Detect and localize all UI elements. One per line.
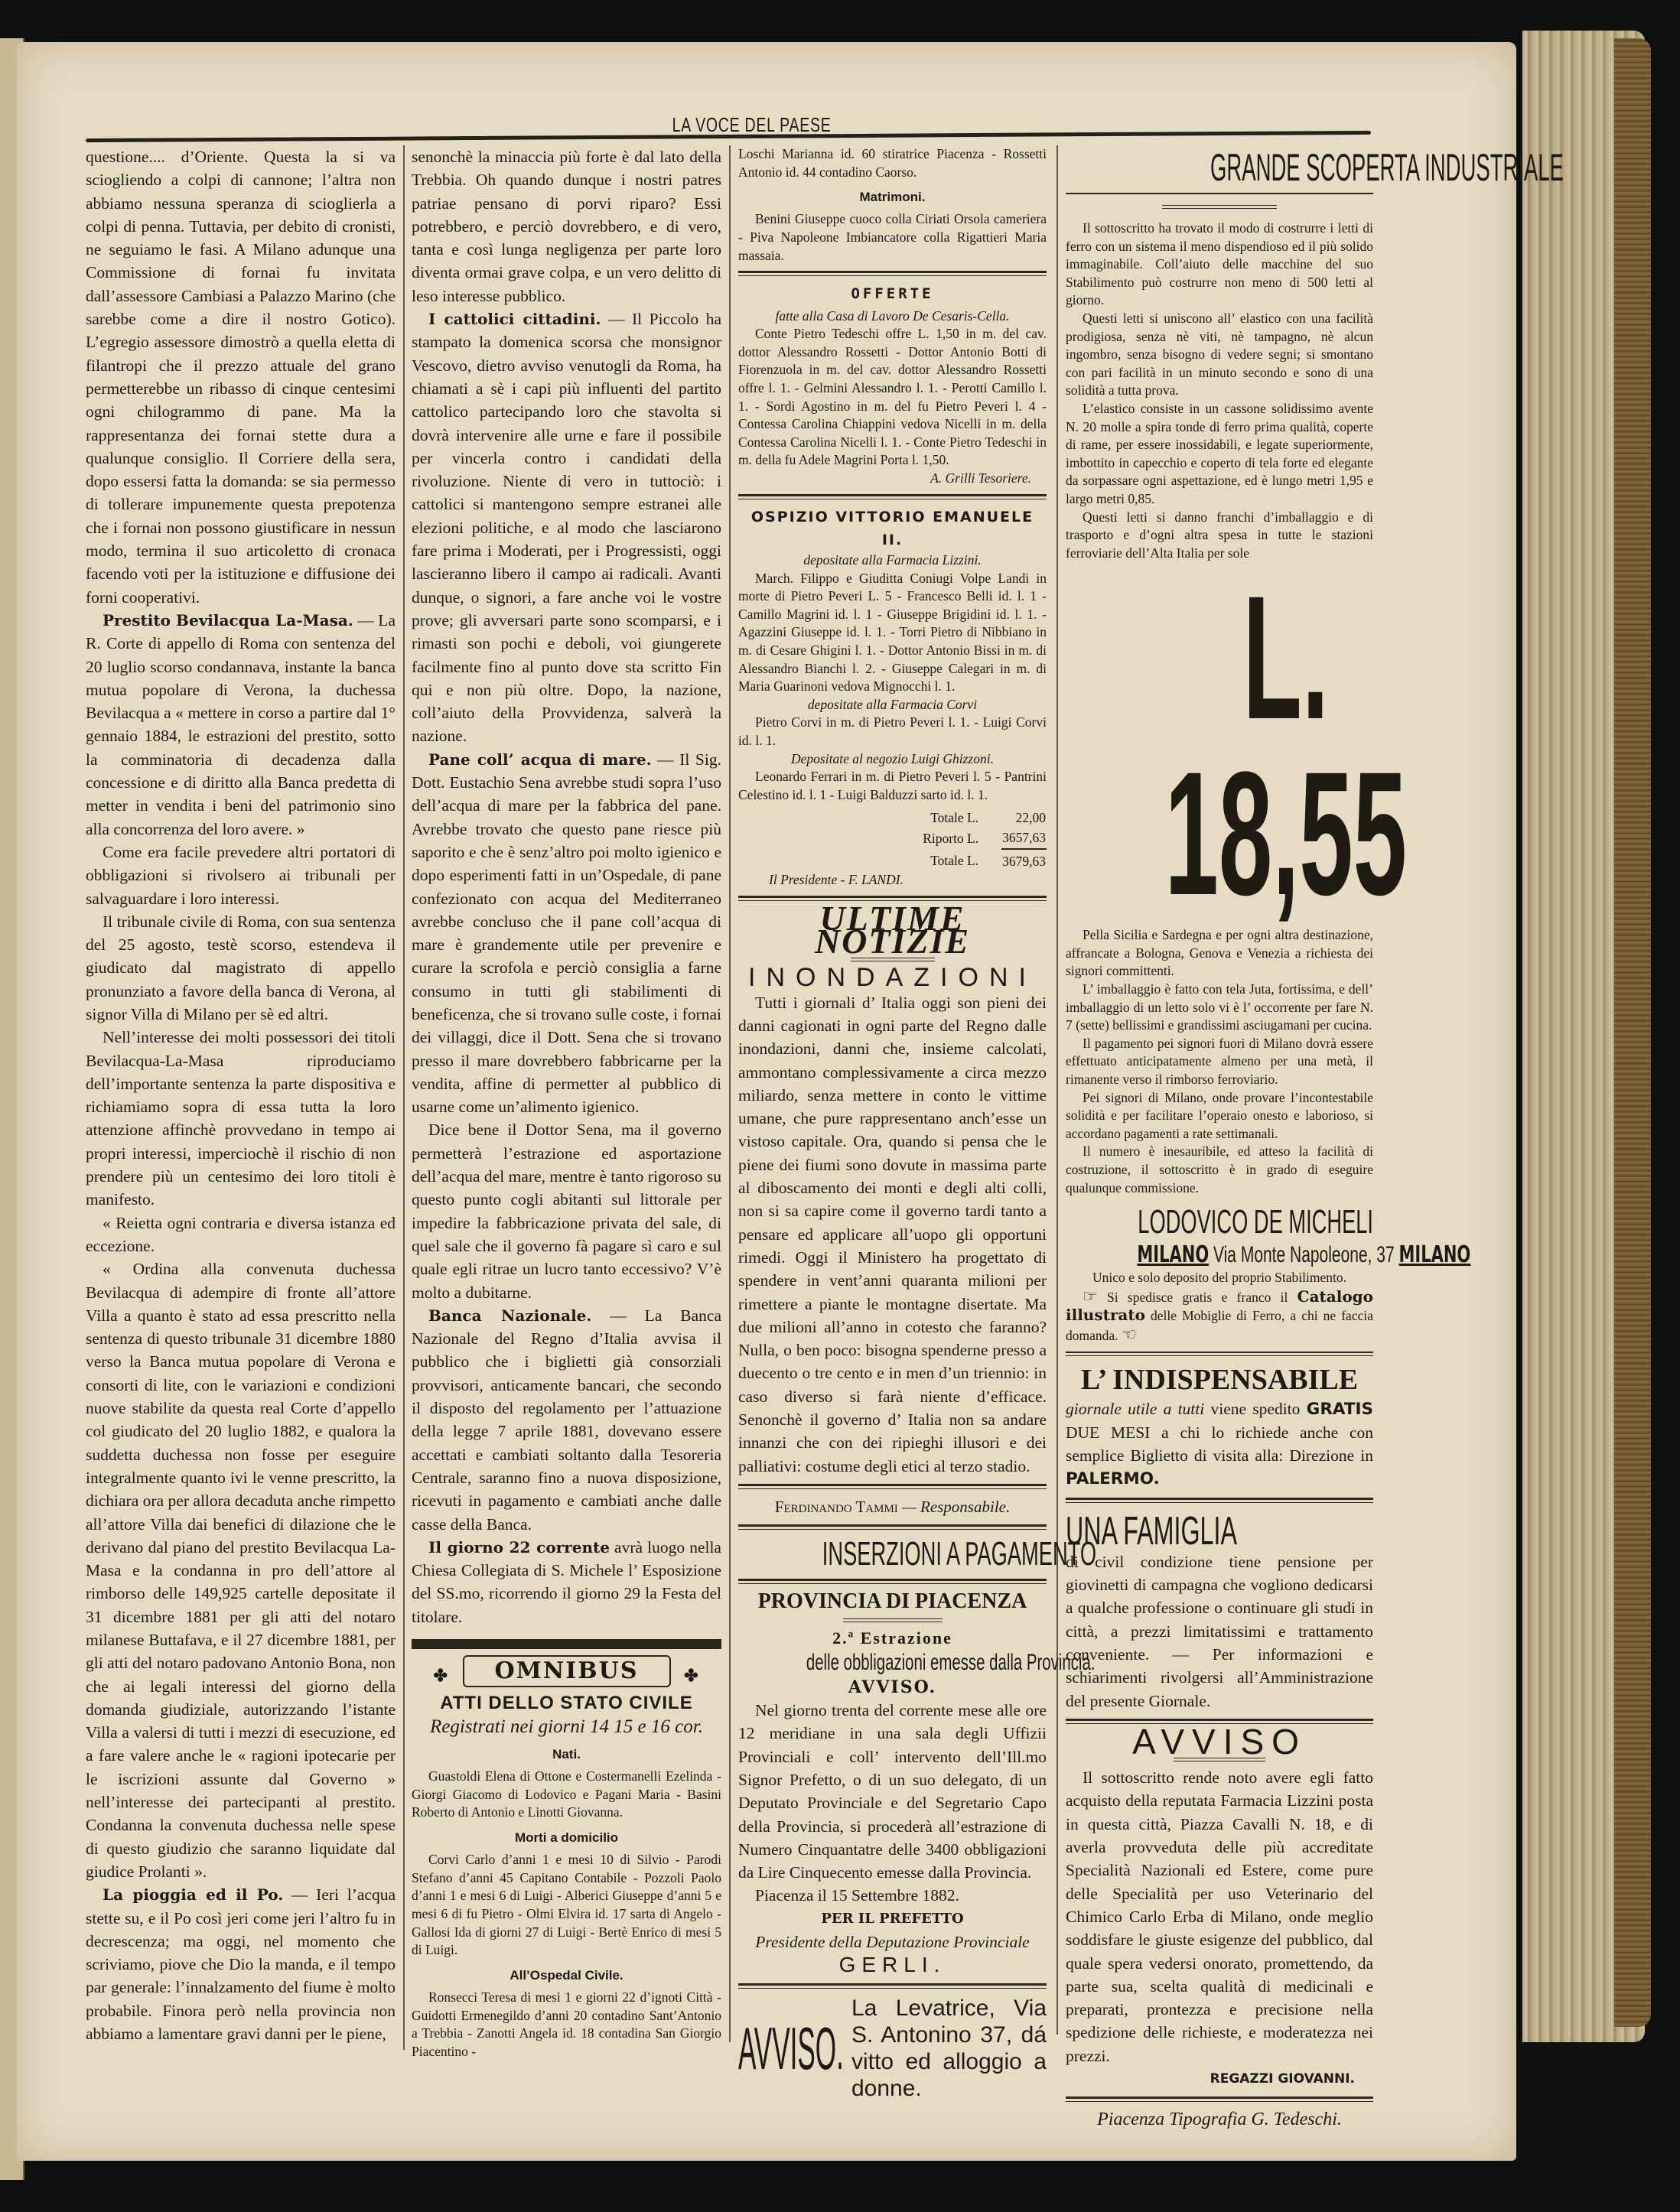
morti-heading: Morti a domicilio <box>412 1827 721 1849</box>
responsabile-line: Ferdinando Tammi — Responsabile. <box>738 1495 1047 1518</box>
presidente-signature: Il Presidente - F. LANDI. <box>738 871 1047 890</box>
nati-heading: Nati. <box>412 1743 721 1766</box>
milano-address-text: MILANO Via Monte Napoleone, 37 MILANO <box>1137 1241 1470 1269</box>
registrati-subtitle: Registrati nei giorni 14 15 e 16 cor. <box>412 1716 721 1739</box>
ospizio-title: OSPIZIO VITTORIO EMANUELE II. <box>738 506 1047 552</box>
article-heading: Pane coll’ acqua di mare. <box>428 750 652 769</box>
article-body: — La R. Corte di appello di Roma con sen… <box>86 611 396 838</box>
article-pane: Pane coll’ acqua di mare. — Il Sig. Dott… <box>412 748 721 1119</box>
hand-pointing-right-icon: ☞ <box>1083 1287 1098 1306</box>
inondazioni-body: Tutti i giornali d’ Italia oggi son pien… <box>738 991 1047 1478</box>
section-rule <box>738 1524 1047 1530</box>
short-rule <box>1162 205 1277 209</box>
column-4: GRANDE SCOPERTA INDUSTRIALE Il sottoscri… <box>1066 145 1373 2132</box>
article-paragraph: senonchè la minaccia più forte è dal lat… <box>412 145 721 307</box>
section-rule <box>412 1639 721 1649</box>
section-rule <box>738 1484 1047 1489</box>
ad-paragraph: Il sottoscritto ha trovato il modo di co… <box>1066 220 1373 310</box>
editor-name: Ferdinando Tammi <box>775 1498 898 1516</box>
short-rule <box>843 1618 943 1622</box>
total-label: Totale L. <box>922 808 1001 828</box>
offerte-subtitle: fatte alla Casa di Lavoro De Cesaris-Cel… <box>738 307 1047 326</box>
article-heading: La pioggia ed il Po. <box>103 1885 283 1904</box>
article-prestito: Prestito Bevilacqua La-Masa. — La R. Cor… <box>86 609 396 841</box>
lodovico-title: LODOVICO DE MICHELI <box>1066 1203 1373 1241</box>
indispensabile-body: giornale utile a tutti viene spedito GRA… <box>1066 1397 1373 1491</box>
levatrice-text: La Levatrice, Via S. Antonino 37, dá vit… <box>851 1995 1047 2102</box>
total-value: 3657,63 <box>1001 828 1047 849</box>
famiglia-ad: UNA FAMIGLIA <box>1066 1509 1373 1553</box>
price-text: L. 18,55 <box>1165 570 1408 922</box>
ad-paragraph: Il pagamento pei signori fuori di Milano… <box>1066 1035 1373 1089</box>
palermo-label: PALERMO. <box>1066 1469 1160 1488</box>
ind-text: DUE MESI a chi lo richiede anche con sem… <box>1066 1423 1373 1465</box>
offerte-signature: A. Grilli Tesoriere. <box>738 470 1047 488</box>
offerte-list: Conte Pietro Tedeschi offre L. 1,50 in m… <box>738 325 1047 470</box>
gerli-signature: GERLI. <box>738 1953 1047 1976</box>
section-rule <box>738 1579 1047 1584</box>
levatrice-label: AVVISO. <box>738 2016 786 2080</box>
hand-pointing-left-icon: ☜ <box>1122 1325 1137 1344</box>
book-cover-binding <box>1614 38 1651 2027</box>
column-divider <box>729 145 731 2042</box>
presidente-deputazione: Presidente della Deputazione Provinciale <box>738 1931 1047 1953</box>
ad-paragraph: Questi letti si danno franchi d’imballag… <box>1066 509 1373 563</box>
total-value: 3679,63 <box>1001 849 1047 872</box>
article-paragraph: Il tribunale civile di Roma, con sua sen… <box>86 910 396 1026</box>
ultime-notizie-title: ULTIME NOTIZIE <box>738 907 1047 954</box>
article-paragraph: Nell’interesse dei molti possessori dei … <box>86 1026 396 1211</box>
article-heading: I cattolici cittadini. <box>428 310 601 328</box>
printer-imprint: Piacenza Tipografia G. Tedeschi. <box>1066 2108 1373 2131</box>
section-rule <box>738 1983 1047 1989</box>
newspaper-title: LA VOCE DEL PAESE <box>672 113 832 137</box>
totals-table: Totale L.22,00 Riporto L.3657,63 Totale … <box>922 808 1047 871</box>
article-giorno: Il giorno 22 corrente avrà luogo nella C… <box>412 1536 721 1628</box>
provincia-title: PROVINCIA DI PIACENZA <box>738 1590 1047 1613</box>
ad-paragraph: L’elastico consiste in un cassone solidi… <box>1066 400 1373 509</box>
estrazione-title: 2.ª Estrazione <box>738 1627 1047 1650</box>
inserzioni-text: INSERZIONI A PAGAMENTO <box>822 1536 1096 1573</box>
article-body: — Il Sig. Dott. Eustachio Sena avrebbe s… <box>412 750 721 1116</box>
ospedal-list-cont: Loschi Marianna id. 60 stiratrice Piacen… <box>738 145 1047 181</box>
ospizio-list: Leonardo Ferrari in m. di Pietro Peveri … <box>738 768 1047 804</box>
avviso-body: Nel giorno trenta del corrente mese alle… <box>738 1699 1047 1884</box>
ospizio-list: Pietro Corvi in m. di Pietro Peveri l. 1… <box>738 714 1047 750</box>
obbligazioni-text: delle obbligazioni emesse dalla Provinci… <box>806 1650 1096 1676</box>
omnibus-banner: OMNIBUS <box>463 1655 671 1687</box>
article-body: — Ieri l’acqua stette su, e il Po così j… <box>86 1885 396 2043</box>
grande-scoperta-title: GRANDE SCOPERTA INDUSTRIALE <box>1066 145 1373 194</box>
article-paragraph: questione.... d’Oriente. Questa la si va… <box>86 145 396 609</box>
nati-list: Guastoldi Elena di Ottone e Costermanell… <box>412 1768 721 1822</box>
grande-scoperta-text: GRANDE SCOPERTA INDUSTRIALE <box>1210 145 1564 190</box>
total-value: 22,00 <box>1001 808 1047 828</box>
article-body: — Il Piccolo ha stampato la domenica sco… <box>412 310 721 745</box>
article-heading: Il giorno 22 corrente <box>428 1538 610 1557</box>
totals-row: Totale L.3679,63 <box>922 849 1047 872</box>
inserzioni-title: INSERZIONI A PAGAMENTO <box>738 1536 1047 1573</box>
catalogo-paragraph: ☞ Si spedisce gratis e franco il Catalog… <box>1066 1287 1373 1345</box>
article-paragraph: « Ordina alla convenuta duchessa Bevilac… <box>86 1257 396 1883</box>
article-heading: Banca Nazionale. <box>428 1306 591 1325</box>
article-paragraph: Dice bene il Dottor Sena, ma il governo … <box>412 1118 721 1303</box>
section-rule <box>738 271 1047 276</box>
avviso-title: AVVISO <box>1066 1730 1373 1753</box>
famiglia-label: UNA FAMIGLIA <box>1066 1509 1146 1553</box>
ad-paragraph: Pei signori di Milano, onde provare l’in… <box>1066 1089 1373 1143</box>
article-paragraph: Come era facile prevedere altri portator… <box>86 841 396 910</box>
per-prefetto: PER IL PREFETTO <box>738 1908 1047 1931</box>
ospizio-list: March. Filippo e Giuditta Coniugi Volpe … <box>738 570 1047 696</box>
city-name: MILANO <box>1137 1241 1209 1268</box>
street-address: Via Monte Napoleone, 37 <box>1213 1242 1395 1267</box>
ad-paragraph: Il numero è inesauribile, ed atteso la f… <box>1066 1143 1373 1197</box>
ad-paragraph: Questi letti si uniscono all’ elastico c… <box>1066 310 1373 400</box>
section-rule <box>1066 1498 1373 1503</box>
ind-text: viene spedito <box>1204 1400 1306 1418</box>
indispensabile-title: L’ INDISPENSABILE <box>1066 1362 1373 1397</box>
gratis-label: GRATIS <box>1307 1400 1373 1419</box>
column-divider <box>403 145 405 2050</box>
city-name: MILANO <box>1398 1241 1470 1268</box>
article-cattolici: I cattolici cittadini. — Il Piccolo ha s… <box>412 307 721 748</box>
article-heading: Prestito Bevilacqua La-Masa. <box>103 611 353 629</box>
ind-text: giornale utile a tutti <box>1066 1400 1204 1418</box>
article-paragraph: « Reietta ogni contraria e diversa istan… <box>86 1212 396 1258</box>
section-rule <box>738 494 1047 499</box>
article-body: — La Banca Nazionale del Regno d’Italia … <box>412 1306 721 1534</box>
morti-list: Corvi Carlo d’anni 1 e mesi 10 di Silvio… <box>412 1851 721 1960</box>
editor-role: — Responsabile. <box>902 1498 1010 1516</box>
total-label: Totale L. <box>922 849 1001 872</box>
price-display: L. 18,55 <box>1066 570 1373 922</box>
avviso-signature: REGAZZI GIOVANNI. <box>1066 2067 1373 2090</box>
atti-title: ATTI DELLO STATO CIVILE <box>412 1692 721 1715</box>
total-label: Riporto L. <box>922 828 1001 849</box>
article-pioggia: La pioggia ed il Po. — Ieri l’acqua stet… <box>86 1883 396 2045</box>
column-3: Loschi Marianna id. 60 stiratrice Piacen… <box>738 145 1047 2102</box>
ad-paragraph: Pella Sicilia e Sardegna e per ogni altr… <box>1066 926 1373 981</box>
ospizio-subtitle: depositate alla Farmacia Lizzini. <box>738 551 1047 570</box>
column-2: senonchè la minaccia più forte è dal lat… <box>412 145 721 2061</box>
unico-deposito: Unico e solo deposito del proprio Stabil… <box>1066 1269 1373 1287</box>
lodovico-text: LODOVICO DE MICHELI <box>1138 1203 1373 1241</box>
famiglia-body: di civil condizione tiene pensione per g… <box>1066 1550 1373 1713</box>
section-rule <box>1066 1352 1373 1356</box>
avviso-body: Il sottoscritto rende noto avere egli fa… <box>1066 1766 1373 2067</box>
column-1: questione.... d’Oriente. Questa la si va… <box>86 145 396 2045</box>
totals-row: Riporto L.3657,63 <box>922 828 1047 849</box>
matrimoni-list: Benini Giuseppe cuoco colla Ciriati Orso… <box>738 210 1047 265</box>
milano-address: MILANO Via Monte Napoleone, 37 MILANO <box>1066 1241 1373 1269</box>
totals-row: Totale L.22,00 <box>922 808 1047 828</box>
avviso-heading: AVVISO. <box>738 1676 1047 1699</box>
inondazioni-title: INONDAZIONI <box>738 966 1047 989</box>
ospizio-subtitle: depositate alla Farmacia Corvi <box>738 696 1047 714</box>
obbligazioni-subtitle: delle obbligazioni emesse dalla Provinci… <box>738 1650 1047 1676</box>
matrimoni-heading: Matrimoni. <box>738 186 1047 209</box>
ad-paragraph: L’ imballaggio è fatto con tela Juta, fo… <box>1066 981 1373 1035</box>
article-banca: Banca Nazionale. — La Banca Nazionale de… <box>412 1304 721 1536</box>
column-divider <box>1057 145 1058 2035</box>
ospedal-heading: All’Ospedal Civile. <box>412 1964 721 1987</box>
offerte-title: OFFERTE <box>738 282 1047 305</box>
section-rule <box>1066 2097 1373 2102</box>
ospedal-list: Ronsecci Teresa di mesi 1 e giorni 22 d’… <box>412 1989 721 2061</box>
levatrice-ad: AVVISO. La Levatrice, Via S. Antonino 37… <box>738 1995 1047 2102</box>
avviso-date: Piacenza il 15 Settembre 1882. <box>738 1884 1047 1907</box>
ospizio-subtitle: Depositate al negozio Luigi Ghizzoni. <box>738 750 1047 769</box>
catalogo-text: Si spedisce gratis e franco il <box>1107 1290 1288 1305</box>
